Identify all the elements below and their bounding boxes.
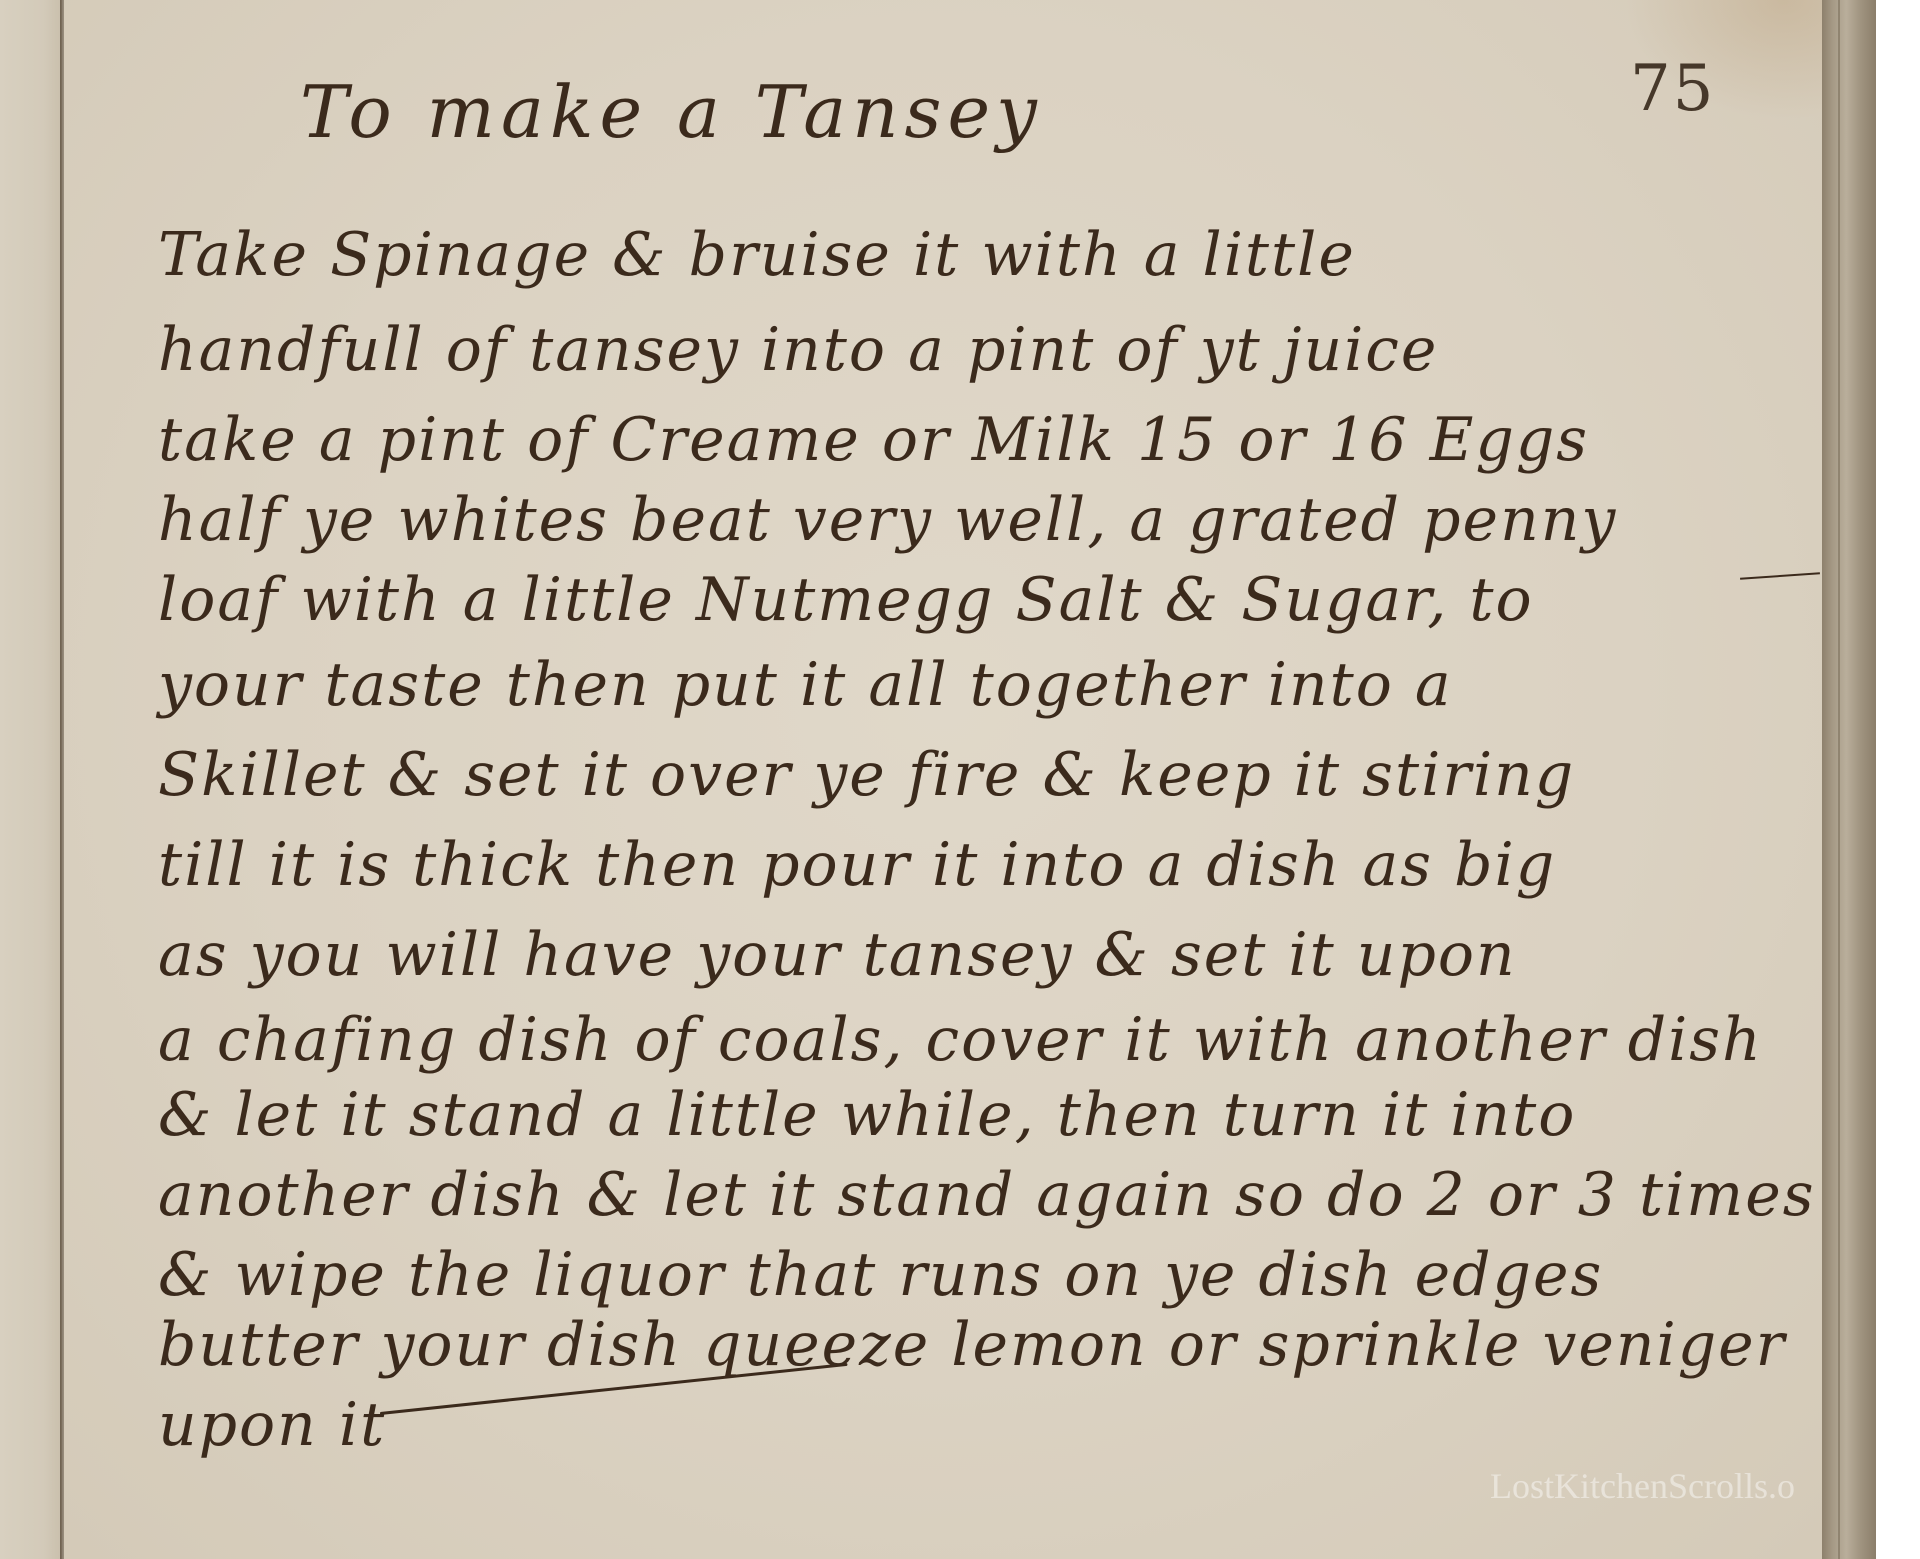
manuscript-scan: To make a Tansey 75 Take Spinage & bruis…	[0, 0, 1920, 1559]
text-line-2: handfull of tansey into a pint of yt jui…	[158, 320, 1438, 380]
recipe-title: To make a Tansey	[300, 70, 1043, 154]
text-line-15: upon it	[158, 1395, 386, 1455]
text-line-11: & let it stand a little while, then turn…	[158, 1085, 1576, 1145]
text-line-4: half ye whites beat very well, a grated …	[158, 490, 1617, 550]
page-number: 75	[1630, 52, 1715, 126]
watermark-text: LostKitchenScrolls.o	[1490, 1465, 1795, 1507]
facing-page-edge	[0, 0, 62, 1559]
text-line-14: butter your dish queeze lemon or sprinkl…	[158, 1315, 1786, 1375]
page-edge-line	[1838, 0, 1840, 1559]
text-line-12: another dish & let it stand again so do …	[158, 1165, 1816, 1225]
text-line-7: Skillet & set it over ye fire & keep it …	[158, 745, 1575, 805]
page-edge-binding	[1822, 0, 1876, 1559]
text-line-10: a chafing dish of coals, cover it with a…	[158, 1010, 1763, 1070]
text-line-9: as you will have your tansey & set it up…	[158, 925, 1517, 985]
text-line-6: your taste then put it all together into…	[158, 655, 1453, 715]
text-line-13: & wipe the liquor that runs on ye dish e…	[158, 1245, 1603, 1305]
scan-background	[1876, 0, 1920, 1559]
text-line-3: take a pint of Creame or Milk 15 or 16 E…	[158, 410, 1589, 470]
watermark-container: LostKitchenScrolls.o	[1490, 1455, 1822, 1515]
text-line-8: till it is thick then pour it into a dis…	[158, 835, 1556, 895]
text-line-5: loaf with a little Nutmegg Salt & Sugar,…	[158, 570, 1534, 630]
text-line-1: Take Spinage & bruise it with a little	[158, 225, 1356, 285]
